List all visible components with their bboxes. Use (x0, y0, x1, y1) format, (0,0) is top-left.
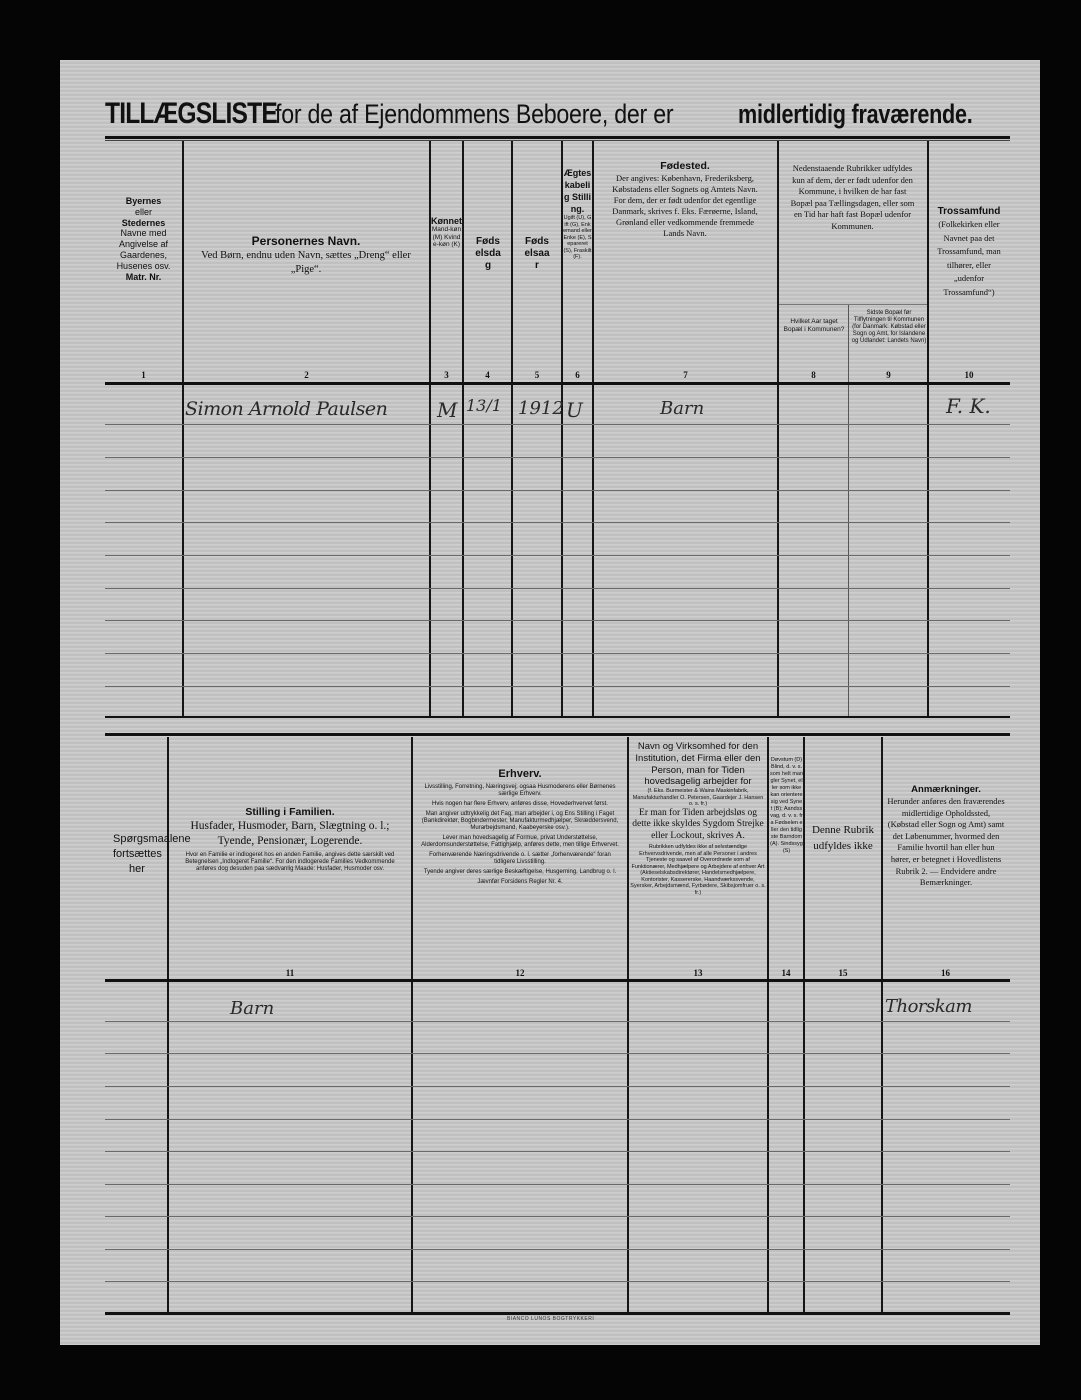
col12-heading: Erhverv. (420, 767, 620, 781)
col-number: 6 (563, 370, 592, 380)
lower-bottom-rule (105, 1312, 1010, 1315)
col12-para: Man angiver udtrykkelig det Fag, man arb… (420, 811, 620, 832)
row-rule (105, 620, 1010, 621)
remarks-cell[interactable]: Thorskam (885, 996, 972, 1017)
printer-mark: BIANCO LUNOS BOGTRYKKERI (507, 1316, 594, 1322)
col-number: 3 (431, 370, 462, 380)
form-title: TILLÆGSLISTE for de af Ejendommens Beboe… (105, 98, 1010, 130)
col-divider (462, 141, 464, 717)
col7-heading: Fødested. (600, 160, 770, 173)
marital-status-cell[interactable]: U (566, 398, 583, 422)
col11-header: Stilling i Familien. Husfader, Husmoder,… (180, 805, 400, 872)
col7-text1: Der angives: København, Frederiksberg, K… (600, 173, 770, 195)
person-name-cell[interactable]: Simon Arnold Paulsen (185, 398, 387, 420)
col11-heading: Stilling i Familien. (180, 805, 400, 819)
col11-note: Hvor en Familie er indlogeret hos en and… (180, 852, 400, 872)
col1-line: Angivelse af (105, 239, 182, 250)
col7-text2: For dem, der er født udenfor det egentli… (600, 195, 770, 239)
lower-top-rule (105, 733, 1010, 736)
row-rule (105, 686, 1010, 687)
col2-heading: Personernes Navn. (195, 233, 417, 249)
upper-bottom-rule (105, 716, 1010, 718)
col-number: 10 (929, 370, 1009, 380)
col2-text: Ved Børn, endnu uden Navn, sættes „Dreng… (195, 249, 417, 277)
row-rule (105, 653, 1010, 654)
row-rule (105, 424, 1010, 425)
rule-top (105, 136, 1010, 139)
col-number: 15 (805, 968, 881, 978)
row-rule (105, 1281, 1010, 1282)
row-rule (105, 1151, 1010, 1152)
col13-note: Rubrikken udfyldes ikke af selvstændige … (630, 844, 766, 896)
col13-heading: Navn og Virksomhed for den Institution, … (630, 741, 766, 788)
religion-cell[interactable]: F. K. (946, 394, 991, 418)
row-rule (105, 490, 1010, 491)
col16-text: Herunder anføres den fraværendes midlert… (884, 796, 1008, 889)
col-divider (592, 141, 594, 717)
col1-line: Navne med (105, 228, 182, 239)
col4-header: Fødselsdag (466, 236, 510, 272)
title-text: for de af Ejendommens Beboere, der er (275, 98, 673, 130)
row-rule (105, 457, 1010, 458)
col6-text: Ugift (U), Gift (G), Enkemand eller Enke… (563, 215, 592, 261)
row-rule (105, 1119, 1010, 1120)
col-number: 5 (513, 370, 561, 380)
col-divider (767, 737, 769, 1312)
col-divider (511, 141, 513, 717)
col12-para: Lever man hovedsagelig af Formue, privat… (420, 835, 620, 849)
col-number: 14 (769, 968, 803, 978)
row-rule (105, 555, 1010, 556)
col5-header: Fødselsaar (515, 236, 559, 272)
rule-top-thin (105, 140, 1010, 141)
col9-header: Sidste Bopæl før Tilflytningen til Kommu… (851, 310, 927, 345)
col10-text: (Folkekirken eller Navnet paa det Trossa… (931, 218, 1007, 299)
title-bold-lead: TILLÆGSLISTE (105, 98, 277, 130)
col16-heading: Anmærkninger. (884, 783, 1008, 796)
col1-line: Gaardenes, (105, 250, 182, 261)
col6-header: Ægteskabelig Stilling. Ugift (U), Gift (… (563, 167, 592, 261)
subheader-rule (779, 304, 927, 305)
col3-header: Kønnet Mand-køn (M) Kvinde-køn (K) (431, 216, 462, 249)
col12-para: Jævnfør Forsidens Regler Nr. 4. (420, 879, 620, 886)
header-bottom-rule (105, 382, 1010, 385)
col1-line: Matr. Nr. (105, 272, 182, 283)
col-divider (167, 737, 169, 1312)
col1-line: Husenes osv. (105, 261, 182, 272)
birthplace-cell[interactable]: Barn (660, 398, 704, 419)
col10-header: Trossamfund (Folkekirken eller Navnet pa… (931, 205, 1007, 299)
continued-note: Spørgsmaalene fortsættes her (107, 832, 167, 877)
col1-header: Byernes eller Stedernes Navne med Angive… (105, 196, 182, 282)
row-rule (105, 588, 1010, 589)
col-divider (411, 737, 413, 1312)
col-number: 7 (594, 370, 777, 380)
col14-header: Døvstum (D) Blind, d. v. s. som helt man… (770, 757, 803, 855)
row-rule (105, 1216, 1010, 1217)
col12-para: Tyende angiver deres særlige Beskæftigel… (420, 869, 620, 876)
row-rule (105, 1021, 1010, 1022)
header-bottom-rule (105, 979, 1010, 982)
col6-heading: Ægteskabelig Stilling. (563, 167, 592, 215)
col15-header: Denne Rubrik udfyldes ikke (810, 822, 876, 854)
col12-header: Erhverv. Livsstilling, Forretning, Nærin… (420, 767, 620, 886)
row-rule (105, 1086, 1010, 1087)
col13-text: Er man for Tiden arbejdsløs og dette ikk… (630, 808, 766, 843)
col-number: 11 (169, 968, 411, 978)
col3-text: Mand-køn (M) Kvinde-køn (K) (431, 226, 462, 249)
col-number: 2 (184, 370, 429, 380)
col10-heading: Trossamfund (931, 205, 1007, 218)
col-divider (627, 737, 629, 1312)
col-number: 8 (779, 370, 848, 380)
col8-9-intro: Nedenstaaende Rubrikker udfyldes kun af … (790, 163, 915, 232)
title-bold-tail: midlertidig fraværende. (738, 98, 973, 130)
col12-para: Livsstilling, Forretning, Næringsvej; og… (420, 784, 620, 798)
col1-line: eller (105, 207, 182, 218)
col16-header: Anmærkninger. Herunder anføres den fravæ… (884, 783, 1008, 889)
col1-line: Byernes (105, 196, 182, 207)
row-rule (105, 1184, 1010, 1185)
col2-header: Personernes Navn. Ved Børn, endnu uden N… (195, 233, 417, 277)
col11-text: Husfader, Husmoder, Barn, Slægtning o. l… (180, 819, 400, 849)
col-number: 16 (883, 968, 1008, 978)
col1-line: Stedernes (105, 218, 182, 229)
row-rule (105, 1053, 1010, 1054)
col13-example: (f. Eks. Burmeister & Wains Maskinfabrik… (630, 788, 766, 808)
col-number: 9 (850, 370, 927, 380)
col13-header: Navn og Virksomhed for den Institution, … (630, 741, 766, 896)
col-divider (881, 737, 883, 1312)
col12-para: Hvis nogen har flere Erhverv, anføres di… (420, 801, 620, 808)
row-rule (105, 1249, 1010, 1250)
sex-cell[interactable]: M (437, 398, 457, 422)
col-divider (182, 141, 184, 717)
row-rule (105, 522, 1010, 523)
birthday-cell[interactable]: 13/1 (466, 396, 502, 415)
col7-header: Fødested. Der angives: København, Freder… (600, 160, 770, 239)
birth-year-cell[interactable]: 1912 (518, 398, 564, 419)
col12-para: Forhenværende Næringsdrivende o. l. sætt… (420, 852, 620, 866)
col-number: 4 (464, 370, 511, 380)
col-number: 13 (629, 968, 767, 978)
col-divider (927, 141, 929, 717)
family-position-cell[interactable]: Barn (230, 998, 274, 1019)
col-divider (803, 737, 805, 1312)
col-number: 1 (105, 370, 182, 380)
col3-heading: Kønnet (431, 216, 462, 226)
col-number: 12 (413, 968, 627, 978)
col-divider (777, 141, 779, 717)
col-divider-thin (848, 305, 849, 717)
col8-header: Hvilket Aar taget Bopæl i Kommunen? (781, 318, 847, 333)
